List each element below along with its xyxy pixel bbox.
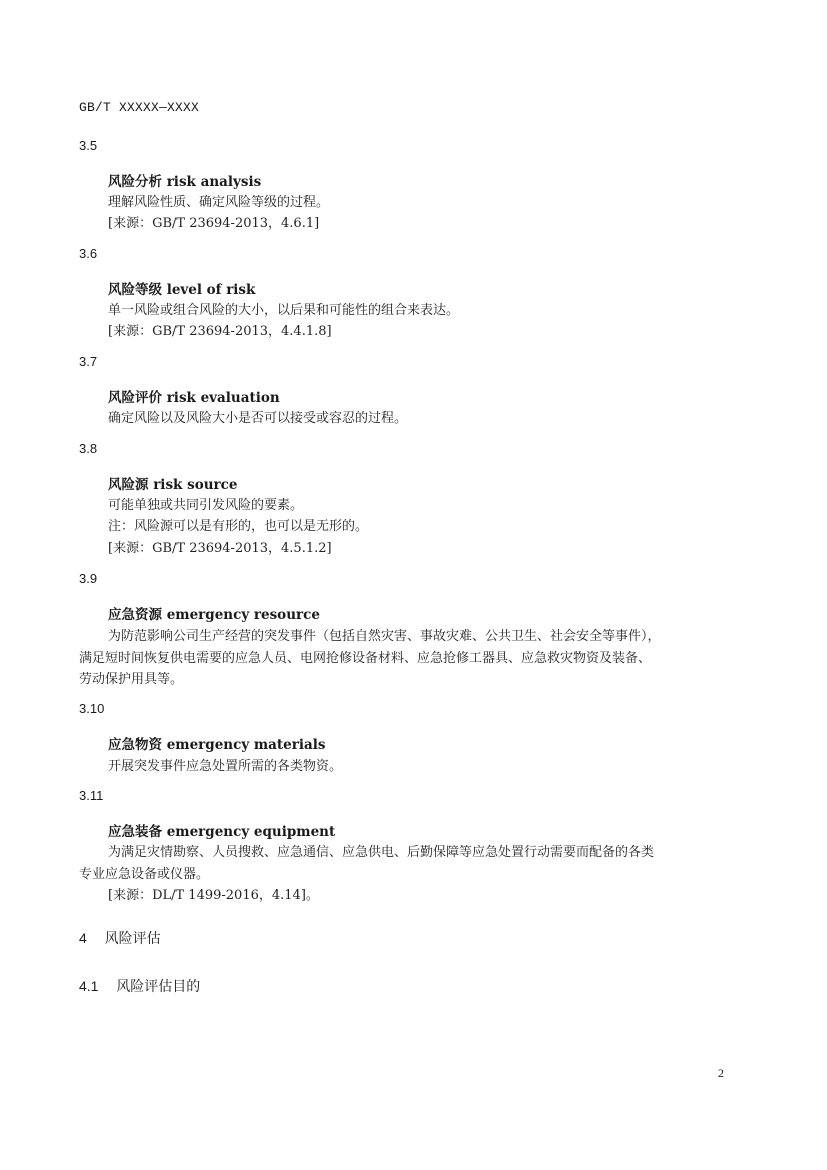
term-title: 风险源 risk source [108, 473, 237, 493]
term-definition-line: 满足短时间恢复供电需要的应急人员、电网抢修设备材料、应急抢修工器具、应急救灾物资… [79, 647, 651, 666]
section-heading: 4 风险评估 [79, 928, 161, 948]
section-title: 风险评估 [105, 930, 161, 946]
term-note: 注：风险源可以是有形的，也可以是无形的。 [108, 515, 368, 534]
clause-number: 3.5 [79, 138, 97, 153]
term-title: 应急资源 emergency resource [108, 603, 320, 623]
term-source: [来源：GB/T 23694-2013，4.4.1.8] [108, 320, 332, 339]
term-source: [来源：GB/T 23694-2013，4.6.1] [108, 212, 319, 231]
term-title: 应急物资 emergency materials [108, 733, 325, 753]
term-source: [来源：DL/T 1499-2016，4.14]。 [108, 884, 319, 903]
term-title: 风险分析 risk analysis [108, 170, 261, 190]
document-id-header: GB/T XXXXX—XXXX [79, 100, 199, 115]
term-definition-line: 为满足灾情勘察、人员搜救、应急通信、应急供电、后勤保障等应急处置行动需要而配备的… [108, 841, 654, 860]
term-title: 风险评价 risk evaluation [108, 386, 280, 406]
term-definition: 可能单独或共同引发风险的要素。 [108, 494, 303, 513]
term-definition: 理解风险性质、确定风险等级的过程。 [108, 191, 329, 210]
page-number: 2 [718, 1066, 724, 1081]
clause-number: 3.8 [79, 441, 97, 456]
term-definition: 确定风险以及风险大小是否可以接受或容忍的过程。 [108, 407, 407, 426]
clause-number: 3.6 [79, 246, 97, 261]
term-definition-line: 为防范影响公司生产经营的突发事件（包括自然灾害、事故灾难、公共卫生、社会安全等事… [108, 625, 661, 644]
term-source: [来源：GB/T 23694-2013，4.5.1.2] [108, 537, 332, 556]
term-title: 风险等级 level of risk [108, 278, 255, 298]
clause-number: 3.10 [79, 701, 104, 716]
clause-number: 3.11 [79, 788, 103, 803]
term-definition-line: 专业应急设备或仪器。 [79, 863, 209, 882]
subsection-heading: 4.1 风险评估目的 [79, 976, 200, 996]
clause-number: 3.9 [79, 571, 97, 586]
section-number: 4.1 [79, 978, 98, 994]
term-definition: 单一风险或组合风险的大小，以后果和可能性的组合来表达。 [108, 299, 459, 318]
section-title: 风险评估目的 [116, 978, 200, 994]
section-number: 4 [79, 930, 87, 946]
term-definition-line: 劳动保护用具等。 [79, 668, 183, 687]
term-definition: 开展突发事件应急处置所需的各类物资。 [108, 755, 342, 774]
term-title: 应急装备 emergency equipment [108, 820, 335, 840]
clause-number: 3.7 [79, 354, 97, 369]
